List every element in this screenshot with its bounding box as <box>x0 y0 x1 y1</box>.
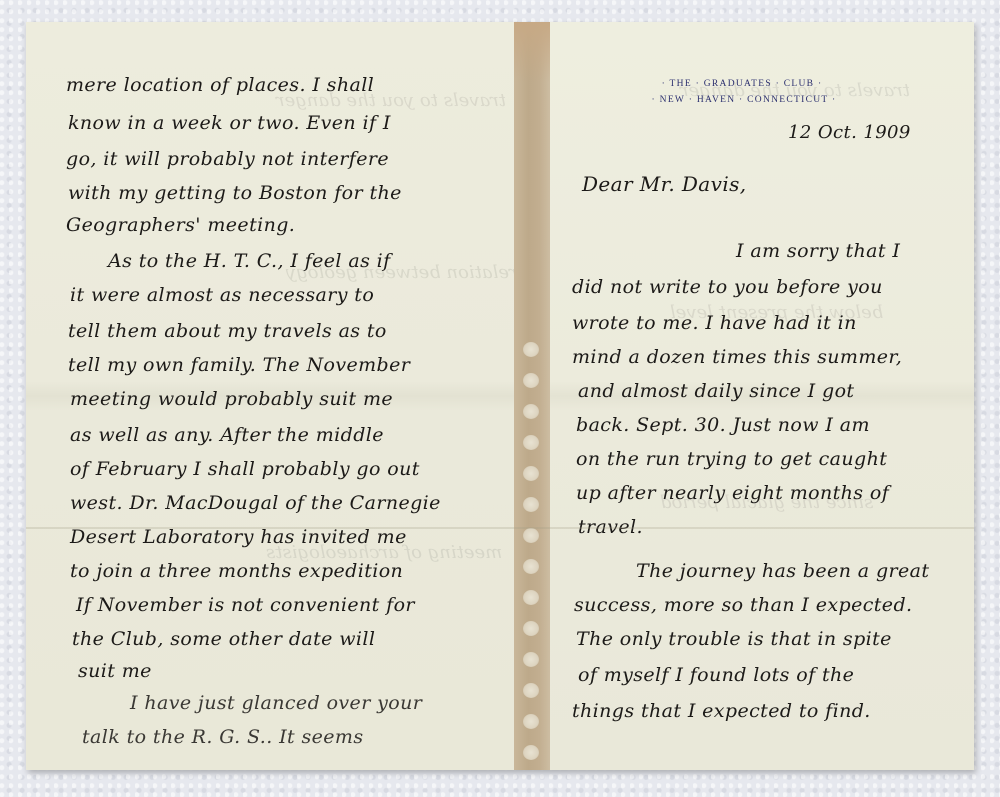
punch-hole <box>523 714 539 729</box>
letter-sheet: travels to you the danger relation betwe… <box>26 22 974 770</box>
left-line-13: west. Dr. MacDougal of the Carnegie <box>70 492 441 514</box>
left-line-20: talk to the R. G. S.. It seems <box>82 726 363 748</box>
left-line-6: As to the H. T. C., I feel as if <box>108 250 391 272</box>
right-line-3: wrote to me. I have had it in <box>572 312 857 334</box>
left-line-18: suit me <box>78 660 152 682</box>
left-line-10: meeting would probably suit me <box>70 388 393 410</box>
left-line-1: mere location of places. I shall <box>66 74 374 96</box>
left-page: travels to you the danger relation betwe… <box>26 22 514 770</box>
punch-hole <box>523 435 539 450</box>
punch-hole <box>523 559 539 574</box>
right-page: travels to you the danger below the pres… <box>550 22 974 770</box>
right-line-10: The journey has been a great <box>636 560 929 582</box>
punch-hole <box>523 373 539 388</box>
letterhead-club-name: · THE · GRADUATES · CLUB · <box>642 79 842 89</box>
left-line-12: of February I shall probably go out <box>70 458 420 480</box>
punch-hole <box>523 497 539 512</box>
punch-hole <box>523 652 539 667</box>
right-line-6: back. Sept. 30. Just now I am <box>576 414 870 436</box>
punch-hole <box>523 683 539 698</box>
left-line-17: the Club, some other date will <box>72 628 375 650</box>
right-line-13: of myself I found lots of the <box>578 664 854 686</box>
letter-date: 12 Oct. 1909 <box>788 122 911 143</box>
left-line-7: it were almost as necessary to <box>70 284 374 306</box>
punch-hole <box>523 621 539 636</box>
punch-hole <box>523 590 539 605</box>
right-line-12: The only trouble is that in spite <box>576 628 892 650</box>
left-line-9: tell my own family. The November <box>68 354 410 376</box>
left-line-8: tell them about my travels as to <box>68 320 387 342</box>
right-line-5: and almost daily since I got <box>578 380 854 402</box>
left-line-16: If November is not convenient for <box>76 594 415 616</box>
stain <box>514 22 550 82</box>
right-line-14: things that I expected to find. <box>572 700 871 722</box>
punch-hole <box>523 528 539 543</box>
left-line-2: know in a week or two. Even if I <box>68 112 391 134</box>
right-line-2: did not write to you before you <box>572 276 883 298</box>
left-line-4: with my getting to Boston for the <box>68 182 402 204</box>
right-line-8: up after nearly eight months of <box>576 482 889 504</box>
letterhead-address: · NEW · HAVEN · CONNECTICUT · <box>628 95 860 105</box>
fold-crease <box>26 527 974 529</box>
left-line-15: to join a three months expedition <box>70 560 403 582</box>
right-line-7: on the run trying to get caught <box>576 448 887 470</box>
punch-hole <box>523 466 539 481</box>
left-line-3: go, it will probably not interfere <box>66 148 389 170</box>
left-line-14: Desert Laboratory has invited me <box>70 526 407 548</box>
punch-hole <box>523 404 539 419</box>
right-line-1: I am sorry that I <box>736 240 900 262</box>
punch-hole <box>523 745 539 760</box>
salutation: Dear Mr. Davis, <box>582 172 747 196</box>
left-line-11: as well as any. After the middle <box>70 424 384 446</box>
left-line-5: Geographers' meeting. <box>66 214 295 236</box>
left-line-19: I have just glanced over your <box>130 692 422 714</box>
punch-hole <box>523 342 539 357</box>
binding-strip <box>514 22 550 770</box>
right-line-4: mind a dozen times this summer, <box>572 346 902 368</box>
right-line-11: success, more so than I expected. <box>574 594 912 616</box>
